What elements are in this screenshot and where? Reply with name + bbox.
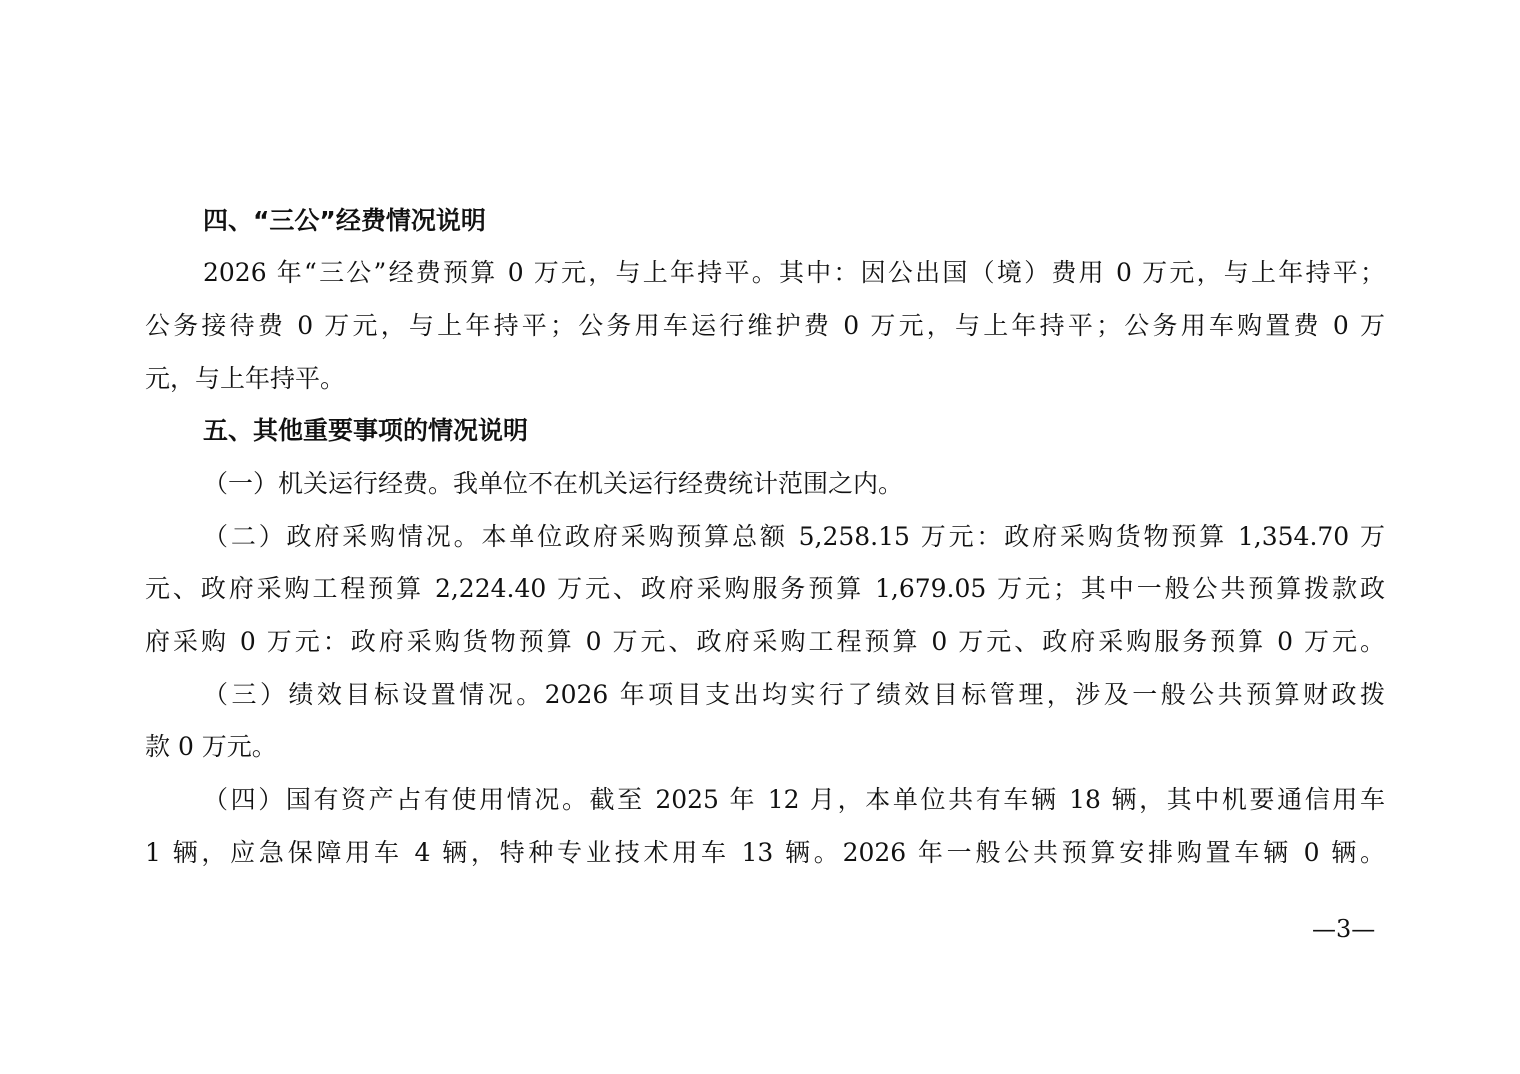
paragraph-line: 元、政府采购工程预算 2,224.40 万元、政府采购服务预算 1,679.05…	[145, 572, 1385, 606]
section-heading-five: 五、其他重要事项的情况说明	[203, 414, 1385, 448]
paragraph-line: 2026 年“三公”经费预算 0 万元，与上年持平。其中：因公出国（境）费用 0…	[203, 256, 1385, 290]
paragraph-line: 款 0 万元。	[145, 730, 1385, 764]
paragraph-line: （四）国有资产占有使用情况。截至 2025 年 12 月，本单位共有车辆 18 …	[203, 783, 1385, 817]
section-heading-four: 四、“三公”经费情况说明	[203, 204, 1385, 238]
paragraph-line: 1 辆，应急保障用车 4 辆，特种专业技术用车 13 辆。2026 年一般公共预…	[145, 836, 1385, 870]
paragraph-line: 公务接待费 0 万元，与上年持平；公务用车运行维护费 0 万元，与上年持平；公务…	[145, 309, 1385, 343]
paragraph-line: 元，与上年持平。	[145, 362, 1385, 396]
paragraph-line: （二）政府采购情况。本单位政府采购预算总额 5,258.15 万元：政府采购货物…	[203, 520, 1385, 554]
paragraph-line: （三）绩效目标设置情况。2026 年项目支出均实行了绩效目标管理，涉及一般公共预…	[203, 678, 1385, 712]
page-number: —3—	[1312, 912, 1375, 946]
paragraph-line: 府采购 0 万元：政府采购货物预算 0 万元、政府采购工程预算 0 万元、政府采…	[145, 625, 1385, 659]
paragraph-line: （一）机关运行经费。我单位不在机关运行经费统计范围之内。	[203, 467, 1385, 501]
